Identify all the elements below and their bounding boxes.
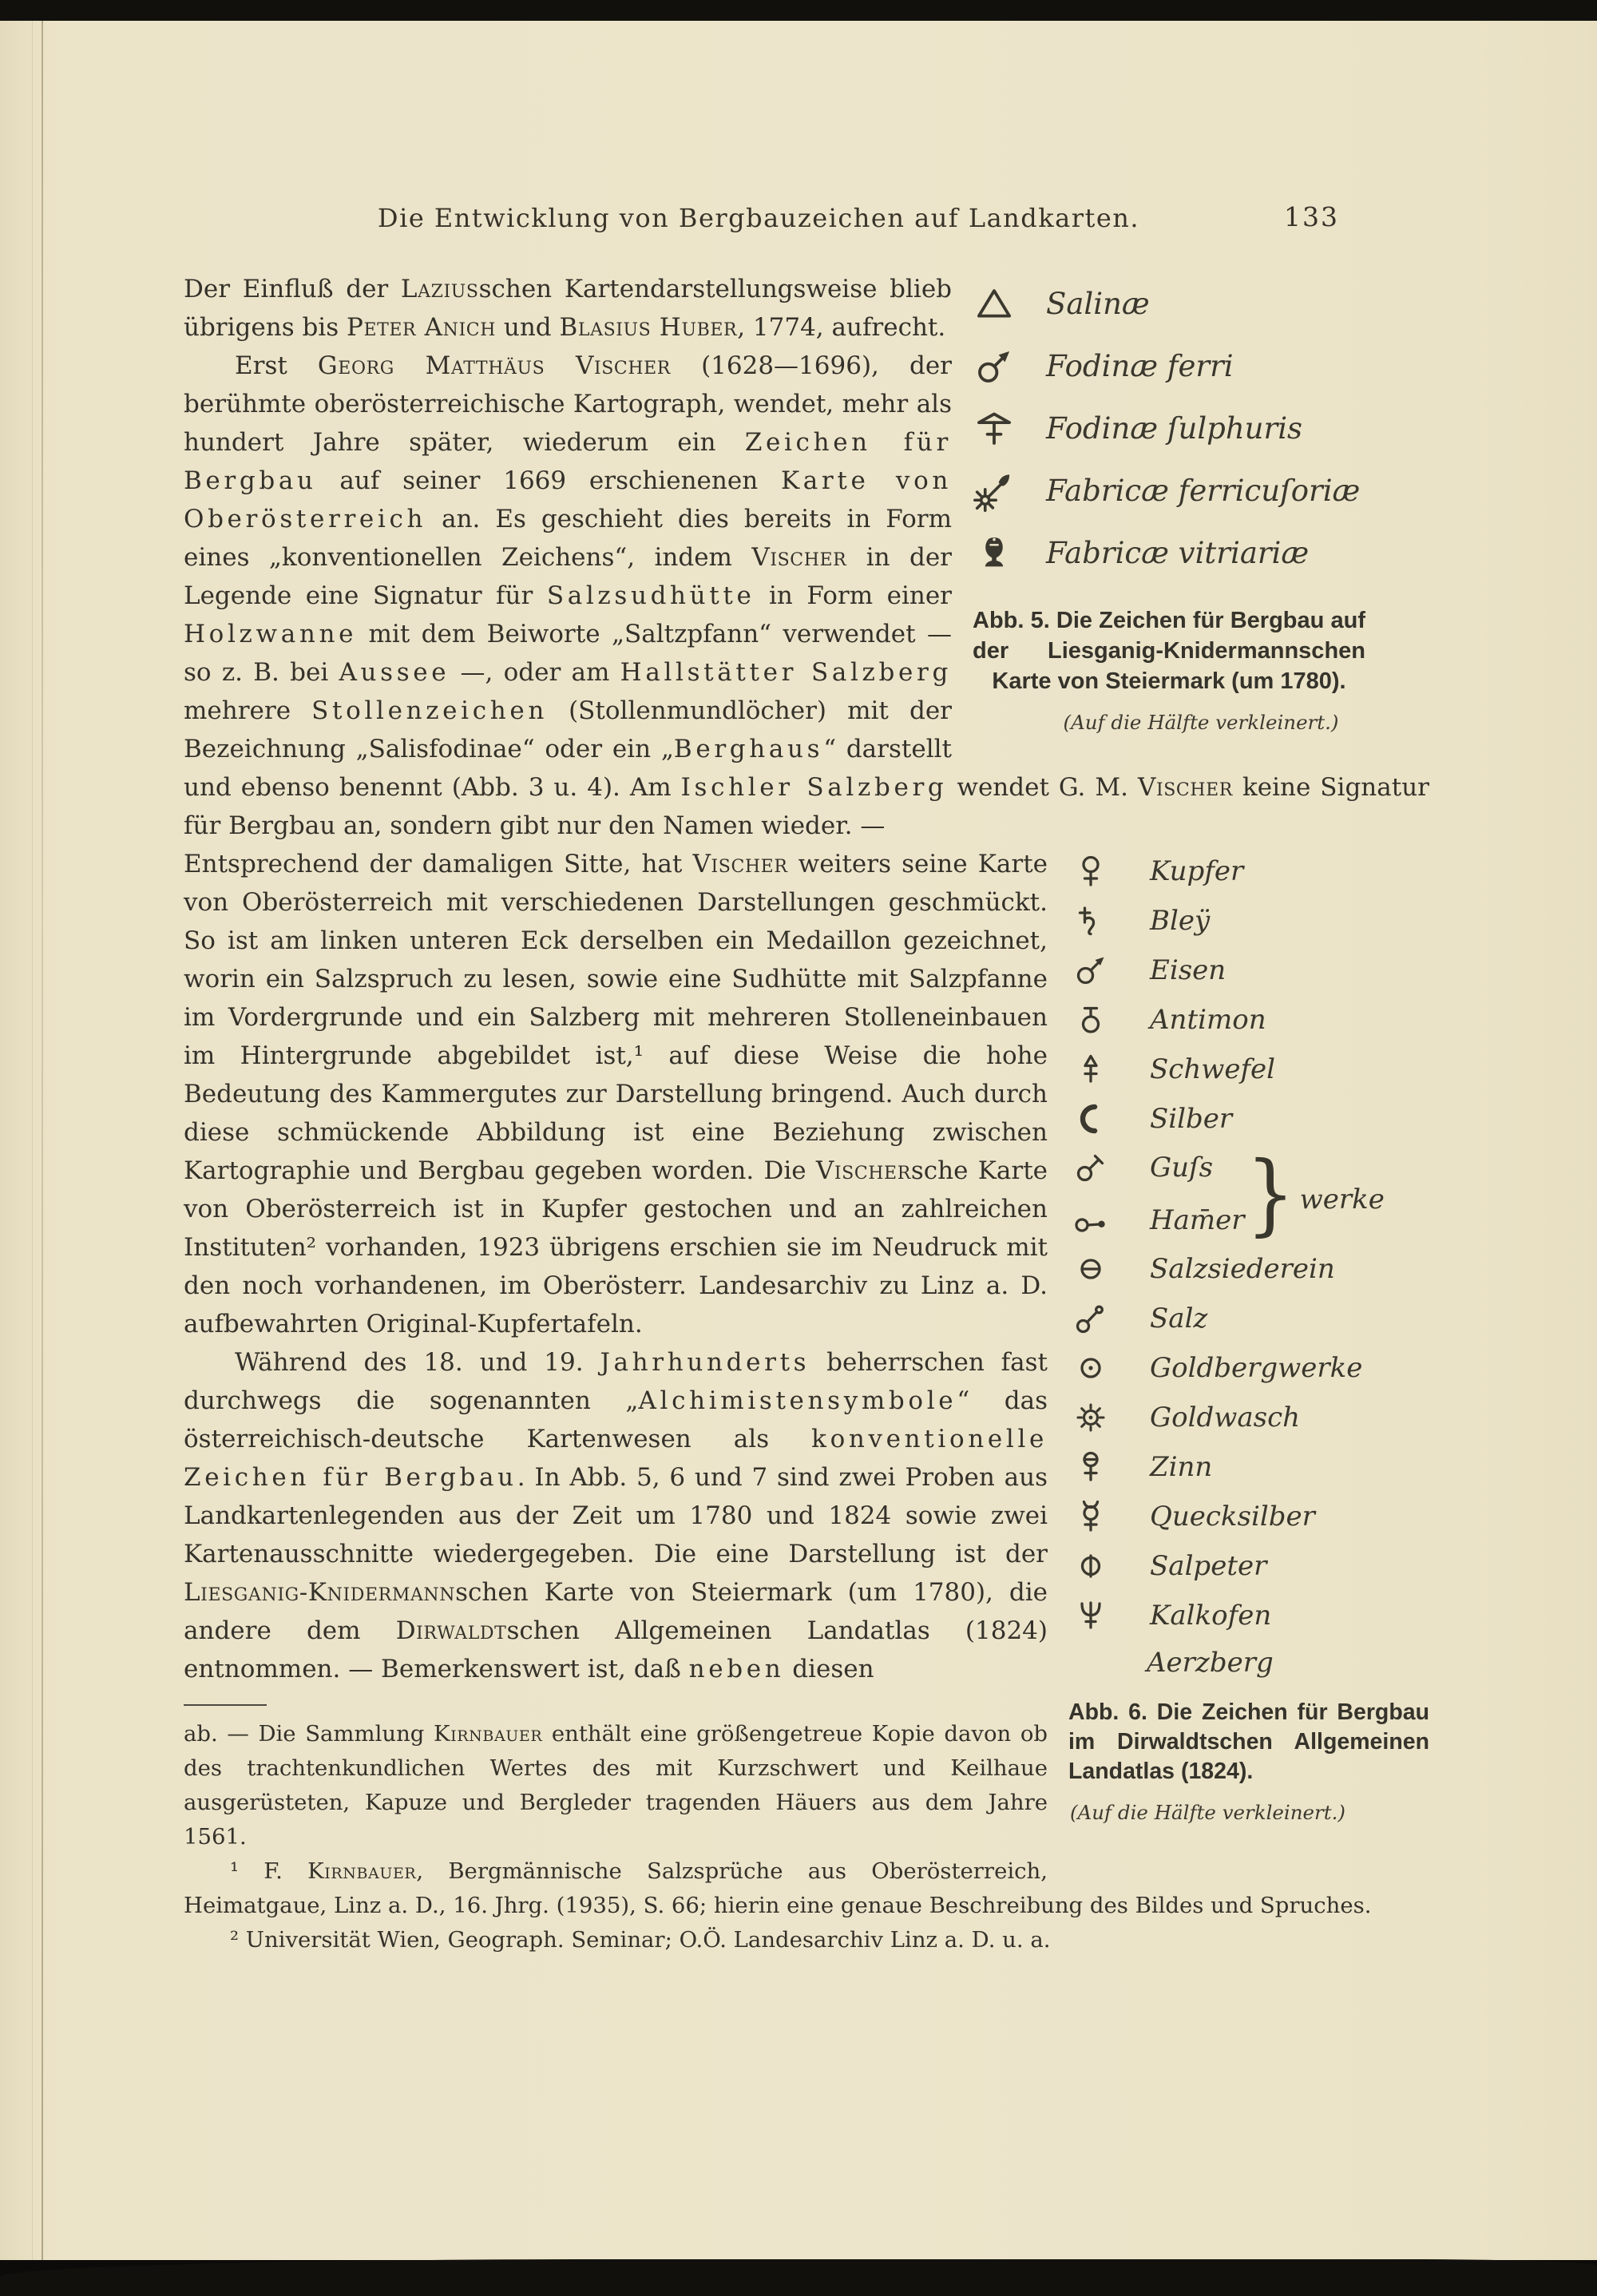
- legend-row-schwefel: Schwefel: [1068, 1045, 1429, 1094]
- mars-icon: [973, 345, 1046, 388]
- figure-abb6: Kupfer Bleÿ: [1068, 847, 1429, 1850]
- legend-row-salzsiederein: Salzsiederein: [1068, 1244, 1429, 1294]
- legend-label: Kupfer: [1150, 852, 1243, 890]
- paragraph-2-continued-text: Entsprechend der damaligen Sitte, hat Vi…: [184, 850, 1048, 1338]
- saturn-icon: [1068, 902, 1150, 940]
- legend-label: Salinæ: [1046, 285, 1150, 323]
- legend-label: Fodinæ ſulphuris: [1046, 410, 1302, 448]
- paragraph-2-continued: Kupfer Bleÿ: [184, 845, 1429, 1343]
- legend-label: Kalkofen: [1150, 1596, 1271, 1635]
- legend-row-fodinae-ferri: Fodinæ ferri: [973, 335, 1429, 398]
- legend-row-fabricae-vitriariae: Fabricæ vitriariæ: [973, 522, 1429, 585]
- body-text: Salinæ Fodinæ ferri: [184, 270, 1429, 1957]
- legend-label: Fabricæ vitriariæ: [1046, 534, 1309, 573]
- figure-abb6-caption-note: (Auf die Hälfte verkleinert.): [1068, 1794, 1429, 1832]
- circle-dot-icon: [1068, 1349, 1150, 1387]
- brace-glyph: }: [1246, 1150, 1295, 1238]
- legend-row-aerzberg: Aerzberg: [1068, 1640, 1429, 1685]
- crescent-icon: [1068, 1100, 1150, 1138]
- scan-top-border: [0, 0, 1597, 21]
- running-header-title: Die Entwicklung von Bergbauzeichen auf L…: [303, 203, 1214, 233]
- legend-row-quecksilber: Quecksilber: [1068, 1492, 1429, 1541]
- mars-icon: [1068, 951, 1150, 989]
- book-scan-page: Die Entwicklung von Bergbauzeichen auf L…: [0, 0, 1597, 2296]
- page-crease: [42, 21, 43, 2260]
- werke-label: werke: [1300, 1180, 1385, 1219]
- legend-row-zinn: Zinn: [1068, 1442, 1429, 1492]
- figure-abb5: Salinæ Fodinæ ferri: [973, 273, 1429, 746]
- footnote-separator: [184, 1704, 267, 1706]
- legend-row-salpeter: Salpeter: [1068, 1541, 1429, 1591]
- venus-icon: [1068, 852, 1150, 890]
- legend-label: Schwefel: [1150, 1050, 1275, 1089]
- legend-label: Salz: [1150, 1299, 1207, 1338]
- footnote-2: ² Universität Wien, Geograph. Seminar; O…: [184, 1923, 1429, 1957]
- legend-label: Zinn: [1150, 1448, 1212, 1486]
- legend-row-goldwasch: Goldwasch: [1068, 1393, 1429, 1442]
- page-crease-shadow: [32, 21, 33, 2260]
- legend-row-hamer: Ham̄er: [1068, 1196, 1245, 1244]
- tent-cross-icon: [973, 407, 1046, 450]
- circle-vbar-icon: [1068, 1547, 1150, 1585]
- sunburst-arrow-icon: [973, 470, 1046, 513]
- sulfur-icon: [1068, 1050, 1150, 1089]
- mars-bar-icon: [1068, 1148, 1150, 1187]
- legend-label: Bleÿ: [1150, 902, 1210, 940]
- legend-label: Salpeter: [1150, 1547, 1266, 1585]
- legend-row-eisen: Eisen: [1068, 946, 1429, 995]
- legend-label: Silber: [1150, 1100, 1232, 1138]
- legend-label: Antimon: [1150, 1001, 1266, 1039]
- legend-row-bley: Bleÿ: [1068, 896, 1429, 946]
- scan-bottom-border: [0, 2259, 1597, 2296]
- legend-row-salinae: Salinæ: [973, 273, 1429, 335]
- legend-label: Fabricæ ferricuſoriæ: [1046, 472, 1360, 510]
- legend-label: Salzsiederein: [1150, 1250, 1335, 1288]
- page: Die Entwicklung von Bergbauzeichen auf L…: [0, 21, 1597, 2260]
- antimony-icon: [1068, 1001, 1150, 1039]
- legend-row-goldbergwerke: Goldbergwerke: [1068, 1343, 1429, 1393]
- legend-label: Aerzberg: [1147, 1644, 1274, 1682]
- werke-group: Guſs Ham̄er: [1068, 1144, 1429, 1244]
- circle-line-circle-icon: [1068, 1299, 1150, 1338]
- legend-label: Eisen: [1150, 951, 1226, 989]
- legend-label: Ham̄er: [1150, 1201, 1245, 1239]
- legend-label: Guſs: [1150, 1148, 1213, 1187]
- legend-label: Fodinæ ferri: [1046, 347, 1234, 386]
- legend-row-salz: Salz: [1068, 1294, 1429, 1343]
- figure-abb6-caption: Abb. 6. Die Zeichen für Bergbau im Dirwa…: [1068, 1698, 1429, 1786]
- circle-hbar-icon: [1068, 1250, 1150, 1288]
- legend-row-antimon: Antimon: [1068, 995, 1429, 1045]
- figure-abb5-caption: Abb. 5. Die Zeichen für Bergbau auf der …: [973, 605, 1365, 696]
- legend-row-fabricae-ferricusoriae: Fabricæ ferricuſoriæ: [973, 460, 1429, 522]
- mercury-icon: [1068, 1497, 1150, 1536]
- figure-abb5-caption-note: (Auf die Hälfte verkleinert.): [973, 704, 1429, 742]
- legend-label: Goldwasch: [1150, 1398, 1300, 1437]
- legend-label: Goldbergwerke: [1150, 1349, 1362, 1387]
- neptune-icon: [1068, 1596, 1150, 1635]
- legend-row-kalkofen: Kalkofen: [1068, 1591, 1429, 1640]
- triangle-icon: [973, 283, 1046, 326]
- goblet-icon: [973, 532, 1046, 575]
- barred-circle-cross-icon: [1068, 1448, 1150, 1486]
- circle-rod-icon: [1068, 1201, 1150, 1239]
- legend-row-kupfer: Kupfer: [1068, 847, 1429, 896]
- footnote-1: ¹ F. Kirnbauer, Bergmännische Salzsprüch…: [184, 1854, 1429, 1923]
- rayed-circle-icon: [1068, 1398, 1150, 1437]
- legend-row-guss: Guſs: [1068, 1144, 1245, 1192]
- legend-label: Quecksilber: [1150, 1497, 1315, 1536]
- legend-row-silber: Silber: [1068, 1094, 1429, 1144]
- page-number: 133: [1284, 201, 1339, 232]
- legend-row-fodinae-sulphuris: Fodinæ ſulphuris: [973, 398, 1429, 460]
